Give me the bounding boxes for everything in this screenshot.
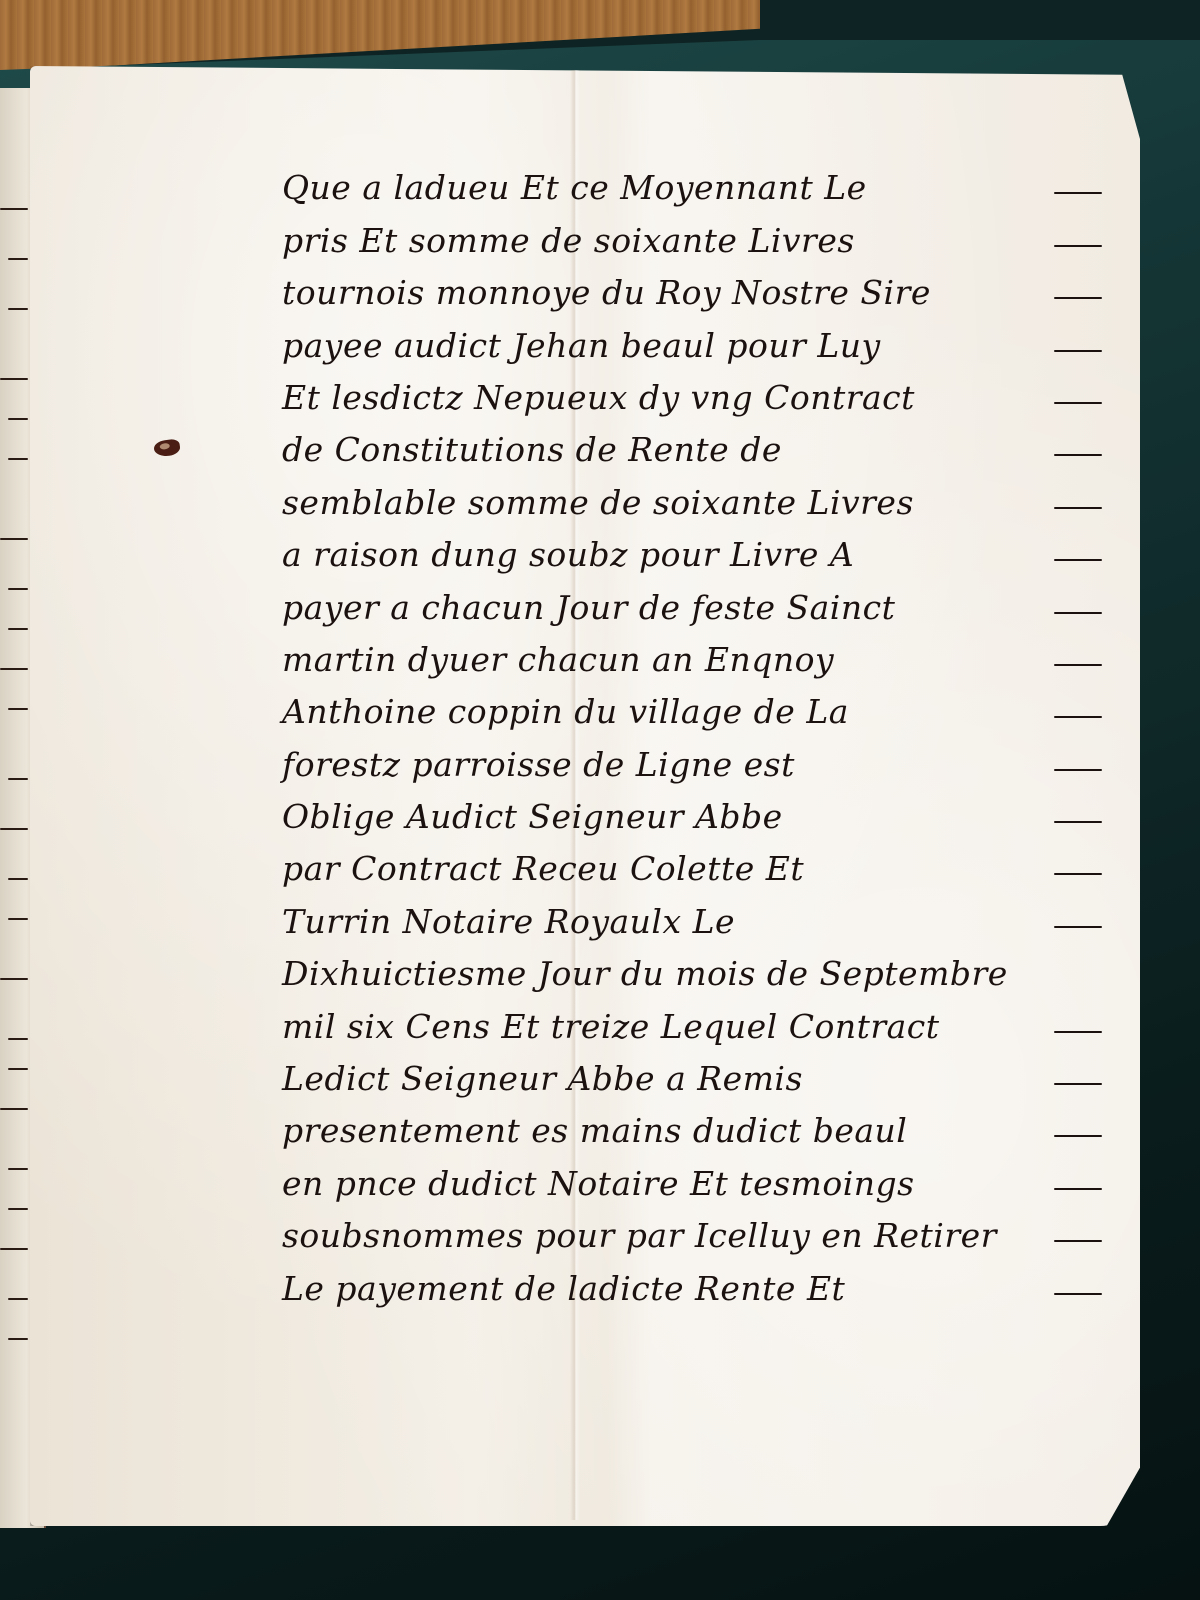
line-filler-dash (1054, 402, 1102, 404)
line-filler-dash (1054, 507, 1102, 509)
text-line: de Constitutions de Rente de (282, 422, 1102, 474)
text-line: pris Et somme de soixante Livres (282, 212, 1102, 264)
text-line: a raison dung soubz pour Livre A (282, 527, 1102, 579)
text-line: par Contract Receu Colette Et (282, 841, 1102, 893)
text-line: Anthoine coppin du village de La (282, 684, 1102, 736)
text-line: Ledict Seigneur Abbe a Remis (282, 1051, 1102, 1103)
facing-page-line-tick (0, 538, 28, 540)
facing-page-line-tick (0, 828, 28, 830)
facing-page-line-tick (8, 1208, 28, 1210)
text-line: payer a chacun Jour de feste Sainct (282, 579, 1102, 631)
facing-page-line-tick (8, 588, 28, 590)
text-line: tournois monnoye du Roy Nostre Sire (282, 265, 1102, 317)
line-filler-dash (1054, 612, 1102, 614)
line-filler-dash (1054, 297, 1102, 299)
line-text: forestz parroisse de Ligne est (282, 748, 795, 789)
line-text: Que a ladueu Et ce Moyennant Le (282, 171, 867, 212)
facing-page-line-tick (8, 878, 28, 880)
facing-page-line-tick (0, 978, 28, 980)
facing-page-line-tick (8, 708, 28, 710)
facing-page-line-tick (8, 458, 28, 460)
text-line: Oblige Audict Seigneur Abbe (282, 789, 1102, 841)
line-text: Dixhuictiesme Jour du mois de Septembre (282, 957, 1008, 998)
line-text: soubsnommes pour par Icelluy en Retirer (282, 1219, 997, 1260)
line-text: Turrin Notaire Royaulx Le (282, 905, 735, 946)
text-line: Le payement de ladicte Rente Et (282, 1260, 1102, 1312)
line-filler-dash (1054, 559, 1102, 561)
facing-page-line-tick (8, 778, 28, 780)
line-text: semblable somme de soixante Livres (282, 486, 914, 527)
line-text: par Contract Receu Colette Et (282, 852, 804, 893)
text-line: Et lesdictz Nepueux dy vng Contract (282, 370, 1102, 422)
facing-page-line-tick (8, 418, 28, 420)
facing-page-line-tick (0, 1108, 28, 1110)
line-text: Oblige Audict Seigneur Abbe (282, 800, 783, 841)
facing-page-line-tick (8, 1338, 28, 1340)
text-line: mil six Cens Et treize Lequel Contract (282, 998, 1102, 1050)
line-filler-dash (1054, 1083, 1102, 1085)
line-text: Et lesdictz Nepueux dy vng Contract (282, 381, 915, 422)
text-line: en pnce dudict Notaire Et tesmoings (282, 1155, 1102, 1207)
line-filler-dash (1054, 192, 1102, 194)
handwritten-text-block: Que a ladueu Et ce Moyennant Le pris Et … (282, 160, 1102, 1313)
line-text: tournois monnoye du Roy Nostre Sire (282, 276, 931, 317)
facing-page-line-tick (8, 918, 28, 920)
line-text: martin dyuer chacun an Enqnoy (282, 643, 834, 684)
line-filler-dash (1054, 873, 1102, 875)
line-filler-dash (1054, 664, 1102, 666)
facing-page-line-tick (8, 1168, 28, 1170)
line-filler-dash (1054, 1188, 1102, 1190)
facing-page-line-tick (0, 208, 28, 210)
line-filler-dash (1054, 1240, 1102, 1242)
facing-page-line-tick (8, 1068, 28, 1070)
text-line: Turrin Notaire Royaulx Le (282, 893, 1102, 945)
facing-page-line-tick (0, 1248, 28, 1250)
text-line: semblable somme de soixante Livres (282, 474, 1102, 526)
text-line: soubsnommes pour par Icelluy en Retirer (282, 1208, 1102, 1260)
text-line: martin dyuer chacun an Enqnoy (282, 632, 1102, 684)
facing-page-line-tick (8, 628, 28, 630)
line-filler-dash (1054, 245, 1102, 247)
text-line: Dixhuictiesme Jour du mois de Septembre (282, 946, 1102, 998)
line-text: payer a chacun Jour de feste Sainct (282, 591, 895, 632)
text-line: presentement es mains dudict beaul (282, 1103, 1102, 1155)
line-filler-dash (1054, 926, 1102, 928)
line-filler-dash (1054, 1031, 1102, 1033)
line-text: Le payement de ladicte Rente Et (282, 1272, 845, 1313)
line-text: en pnce dudict Notaire Et tesmoings (282, 1167, 915, 1208)
text-line: payee audict Jehan beaul pour Luy (282, 317, 1102, 369)
facing-page-line-tick (8, 1038, 28, 1040)
line-text: a raison dung soubz pour Livre A (282, 538, 854, 579)
line-filler-dash (1054, 716, 1102, 718)
facing-page-line-tick (8, 308, 28, 310)
line-text: de Constitutions de Rente de (282, 433, 782, 474)
line-text: Anthoine coppin du village de La (282, 695, 849, 736)
line-text: payee audict Jehan beaul pour Luy (282, 329, 881, 370)
facing-page-line-tick (8, 258, 28, 260)
line-text: pris Et somme de soixante Livres (282, 224, 855, 265)
line-filler-dash (1054, 1135, 1102, 1137)
facing-page-line-tick (8, 1298, 28, 1300)
line-filler-dash (1054, 1293, 1102, 1295)
line-text: presentement es mains dudict beaul (282, 1114, 907, 1155)
facing-page-line-tick (0, 668, 28, 670)
facing-page-line-tick (0, 378, 28, 380)
text-line: forestz parroisse de Ligne est (282, 736, 1102, 788)
line-filler-dash (1054, 769, 1102, 771)
line-filler-dash (1054, 350, 1102, 352)
line-text: mil six Cens Et treize Lequel Contract (282, 1010, 940, 1051)
line-text: Ledict Seigneur Abbe a Remis (282, 1062, 803, 1103)
line-filler-dash (1054, 821, 1102, 823)
text-line: Que a ladueu Et ce Moyennant Le (282, 160, 1102, 212)
line-filler-dash (1054, 454, 1102, 456)
